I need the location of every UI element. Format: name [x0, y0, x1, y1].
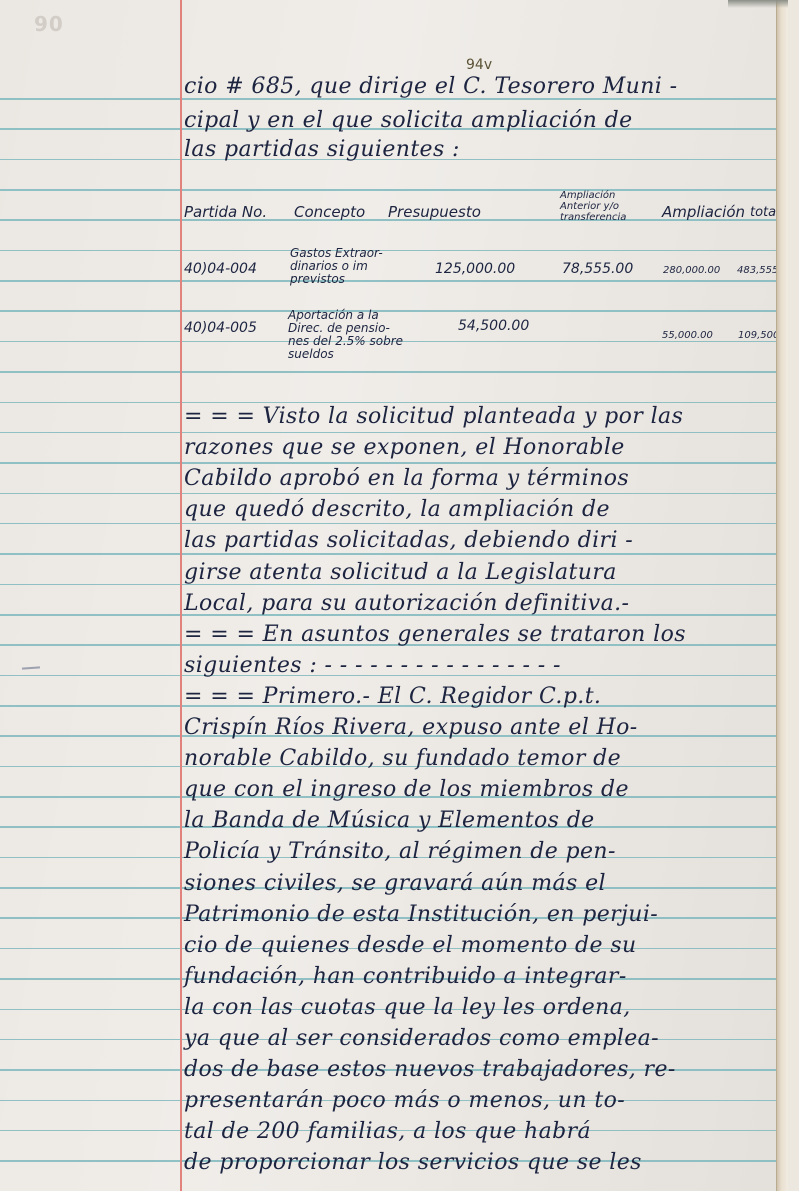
body-line: = = = Visto la solicitud planteada y por… — [184, 404, 683, 429]
body-line: Local, para su autorización definitiva.- — [184, 591, 629, 616]
ledger-page: 90 94v cio # 685, que dirige el C. Tesor… — [0, 0, 788, 1191]
ruled-line — [0, 371, 788, 373]
cell-concepto: Aportación a la Direc. de pensio- nes de… — [288, 309, 403, 361]
header-presupuesto: Presupuesto — [388, 203, 481, 221]
header-ampliacion-anterior: Ampliación Anterior y/o transferencia — [560, 190, 626, 223]
body-line: fundación, han contribuido a integrar- — [184, 964, 627, 989]
body-line: siguientes : - - - - - - - - - - - - - -… — [184, 653, 561, 678]
body-line: cio de quienes desde el momento de su — [184, 933, 637, 958]
ruled-line — [0, 432, 788, 434]
body-line: siones civiles, se gravará aún más el — [184, 871, 606, 896]
ruled-line — [0, 189, 788, 191]
body-line: presentarán poco más o menos, un to- — [184, 1088, 625, 1113]
cell-ampliacion-anterior: 78,555.00 — [562, 261, 633, 277]
cell-ampliacion: 55,000.00 — [662, 330, 713, 341]
corner-shadow — [728, 0, 788, 8]
intro-line: las partidas siguientes : — [184, 137, 460, 162]
body-line: de proporcionar los servicios que se les — [184, 1150, 642, 1175]
body-line: Cabildo aprobó en la forma y términos — [184, 466, 629, 491]
header-partida: Partida No. — [184, 203, 267, 221]
body-line: = = = Primero.- El C. Regidor C.p.t. — [184, 684, 601, 709]
page-number: 94v — [466, 57, 492, 73]
body-line: la con las cuotas que la ley les ordena, — [184, 995, 631, 1020]
body-line: la Banda de Música y Elementos de — [184, 808, 595, 833]
body-line: dos de base estos nuevos trabajadores, r… — [184, 1057, 676, 1082]
body-line: = = = En asuntos generales se trataron l… — [184, 622, 686, 647]
body-line: girse atenta solicitud a la Legislatura — [184, 560, 617, 585]
cell-ampliacion: 280,000.00 — [663, 265, 720, 276]
body-line: que quedó descrito, la ampliación de — [184, 497, 610, 522]
body-line: que con el ingreso de los miembros de — [184, 777, 629, 802]
cell-concepto: Gastos Extraor- dinarios o im previstos — [290, 247, 383, 286]
ruled-line — [0, 280, 788, 282]
body-line: ya que al ser considerados como emplea- — [184, 1026, 659, 1051]
intro-line: cio # 685, que dirige el C. Tesorero Mun… — [184, 74, 677, 99]
body-line: Policía y Tránsito, al régimen de pen- — [184, 839, 616, 864]
margin-line — [180, 0, 182, 1191]
body-line: tal de 200 familias, a los que habrá — [184, 1119, 591, 1144]
intro-line: cipal y en el que solicita ampliación de — [184, 108, 633, 133]
ruled-line — [0, 402, 788, 404]
ruled-line — [0, 493, 788, 495]
ruled-line — [0, 462, 788, 464]
ruled-line — [0, 250, 788, 252]
cell-partida: 40)04-004 — [184, 261, 257, 277]
corner-stamp: 90 — [34, 12, 64, 36]
header-ampliacion: Ampliación — [662, 203, 745, 221]
body-line: razones que se exponen, el Honorable — [184, 435, 625, 460]
body-line: norable Cabildo, su fundado temor de — [184, 746, 621, 771]
page-edge — [776, 0, 788, 1191]
header-concepto: Concepto — [294, 203, 365, 221]
cell-presupuesto: 125,000.00 — [435, 261, 515, 277]
body-line: las partidas solicitadas, debiendo diri … — [184, 528, 633, 553]
body-line: Patrimonio de esta Institución, en perju… — [184, 902, 658, 927]
margin-pen-mark — [22, 666, 40, 669]
body-line: Crispín Ríos Rivera, expuso ante el Ho- — [184, 715, 638, 740]
cell-partida: 40)04-005 — [184, 320, 257, 336]
ruled-line — [0, 523, 788, 525]
ruled-line — [0, 553, 788, 555]
cell-presupuesto: 54,500.00 — [458, 318, 529, 334]
